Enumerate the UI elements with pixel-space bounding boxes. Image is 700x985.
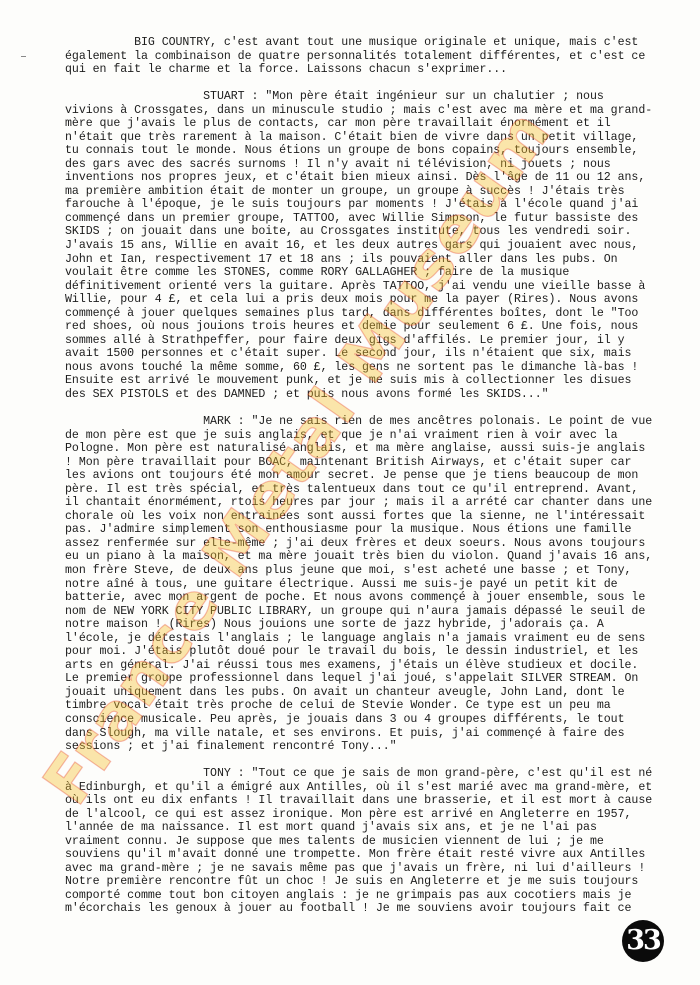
text-line: conscience musicale. Peu après, je jouai… bbox=[65, 713, 685, 727]
text-line: BIG COUNTRY, c'est avant tout une musiqu… bbox=[65, 36, 685, 50]
text-line: assez renfermée sur elle-même ; j'ai deu… bbox=[65, 537, 685, 551]
text-line: avait 1500 personnes et c'était super. L… bbox=[65, 347, 685, 361]
text-line: Willie, pour 4 £, et cela lui a pris deu… bbox=[65, 293, 685, 307]
text-line: nom de NEW YORK CITY PUBLIC LIBRARY, un … bbox=[65, 605, 685, 619]
text-line: dans Slough, ma ville natale, et ses env… bbox=[65, 727, 685, 741]
text-line: père. Il est très spécial, et très talen… bbox=[65, 483, 685, 497]
text-line: SKIDS ; on jouait dans une boite, au Cro… bbox=[65, 225, 685, 239]
text-line: commençé dans un premier groupe, TATTOO,… bbox=[65, 212, 685, 226]
text-line: TONY : "Tout ce que je sais de mon grand… bbox=[65, 767, 685, 781]
text-line: chorale où les voix non entrainées sont … bbox=[65, 510, 685, 524]
paragraph-intro: BIG COUNTRY, c'est avant tout une musiqu… bbox=[65, 36, 685, 77]
text-line: où ils ont eu dix enfants ! Il travailla… bbox=[65, 794, 685, 808]
text-line: Notre première rencontre fût un choc ! J… bbox=[65, 875, 685, 889]
text-line: de mon père est que je suis anglais, et … bbox=[65, 429, 685, 443]
text-line: m'écorchais les genoux à jouer au footba… bbox=[65, 902, 685, 916]
text-line: jouait uniquement dans les pubs. On avai… bbox=[65, 686, 685, 700]
text-line: voulait être comme les STONES, comme ROR… bbox=[65, 266, 685, 280]
text-line: STUART : "Mon père était ingénieur sur u… bbox=[65, 90, 685, 104]
text-line: vivions à Crossgates, dans un minuscule … bbox=[65, 104, 685, 118]
paragraph-stuart: STUART : "Mon père était ingénieur sur u… bbox=[65, 90, 685, 402]
paragraph-tony: TONY : "Tout ce que je sais de mon grand… bbox=[65, 767, 685, 916]
text-line: Pologne. Mon père est naturalisé anglais… bbox=[65, 442, 685, 456]
text-line: de l'alcool, ce qui est assez ironique. … bbox=[65, 808, 685, 822]
text-line: ! Mon père travaillait pour BOAC, mainte… bbox=[65, 456, 685, 470]
text-line: eu un piano à la maison, et ma mère joua… bbox=[65, 550, 685, 564]
text-line: les avions ont toujours été mon amour se… bbox=[65, 469, 685, 483]
text-line: tu connais tout le monde. Nous étions un… bbox=[65, 144, 685, 158]
stray-mark bbox=[21, 56, 26, 57]
text-line: qui en fait le charme et la force. Laiss… bbox=[65, 63, 685, 77]
text-line: l'année de ma naissance. Il est mort qua… bbox=[65, 821, 685, 835]
text-line: commençé à jouer quelques semaines plus … bbox=[65, 307, 685, 321]
text-line: notre aîné à tous, une guitare électriqu… bbox=[65, 578, 685, 592]
page-number-badge: 33 bbox=[622, 920, 664, 962]
text-line: sessions ; et j'ai finalement rencontré … bbox=[65, 740, 685, 754]
text-line: avec ma grand-mère ; je ne savais même p… bbox=[65, 862, 685, 876]
text-line: batterie, avec mon argent de poche. Et n… bbox=[65, 591, 685, 605]
text-line: souviens qu'il m'avait donné une trompet… bbox=[65, 848, 685, 862]
text-line: pas. J'admire simplement son enthousiasm… bbox=[65, 523, 685, 537]
text-line: arts en général. J'ai réussi tous mes ex… bbox=[65, 659, 685, 673]
text-line: J'avais 15 ans, Willie en avait 16, et l… bbox=[65, 239, 685, 253]
text-line: timbre vocal était très proche de celui … bbox=[65, 699, 685, 713]
text-line: farouche à l'époque, je le suis toujours… bbox=[65, 198, 685, 212]
text-line: l'école, je détestais l'anglais ; le lan… bbox=[65, 632, 685, 646]
text-line: à Edinburgh, et qu'il a émigré aux Antil… bbox=[65, 781, 685, 795]
text-line: MARK : "Je ne sais rien de mes ancêtres … bbox=[65, 415, 685, 429]
text-line: pour moi. J'étais plutôt doué pour le tr… bbox=[65, 645, 685, 659]
text-line: Ensuite est arrivé le mouvement punk, et… bbox=[65, 374, 685, 388]
text-line: red shoes, où nous jouions trois heures … bbox=[65, 320, 685, 334]
text-line: également la combinaison de quatre perso… bbox=[65, 50, 685, 64]
text-line: des gars avec des sacrés surnoms ! Il n'… bbox=[65, 158, 685, 172]
text-line: des SEX PISTOLS et des DAMNED ; et puis … bbox=[65, 388, 685, 402]
text-line: Le premier groupe professionnel dans leq… bbox=[65, 672, 685, 686]
text-line: mon frère Steve, de deux ans plus jeune … bbox=[65, 564, 685, 578]
paragraph-mark: MARK : "Je ne sais rien de mes ancêtres … bbox=[65, 415, 685, 754]
text-line: définitivement orienté vers la guitare. … bbox=[65, 280, 685, 294]
text-line: notre maison ! (Rires) Nous jouions une … bbox=[65, 618, 685, 632]
text-line: mère que j'avais le plus de contacts, ca… bbox=[65, 117, 685, 131]
text-line: il chantait énormément, rtois heures par… bbox=[65, 496, 685, 510]
text-line: inventions nos propres jeux, et c'était … bbox=[65, 171, 685, 185]
text-line: nous avons touché la même somme, 60 £, l… bbox=[65, 361, 685, 375]
text-line: John et Ian, respectivement 17 et 18 ans… bbox=[65, 253, 685, 267]
text-line: comporté comme tout bon citoyen anglais … bbox=[65, 889, 685, 903]
text-line: sommes allé à Strathpeffer, pour faire d… bbox=[65, 334, 685, 348]
text-line: ma première ambition était de monter un … bbox=[65, 185, 685, 199]
text-line: vraiment connu. Je suppose que mes talen… bbox=[65, 835, 685, 849]
text-line: n'était que très rarement à la maison. C… bbox=[65, 131, 685, 145]
scanned-page: BIG COUNTRY, c'est avant tout une musiqu… bbox=[0, 0, 700, 985]
